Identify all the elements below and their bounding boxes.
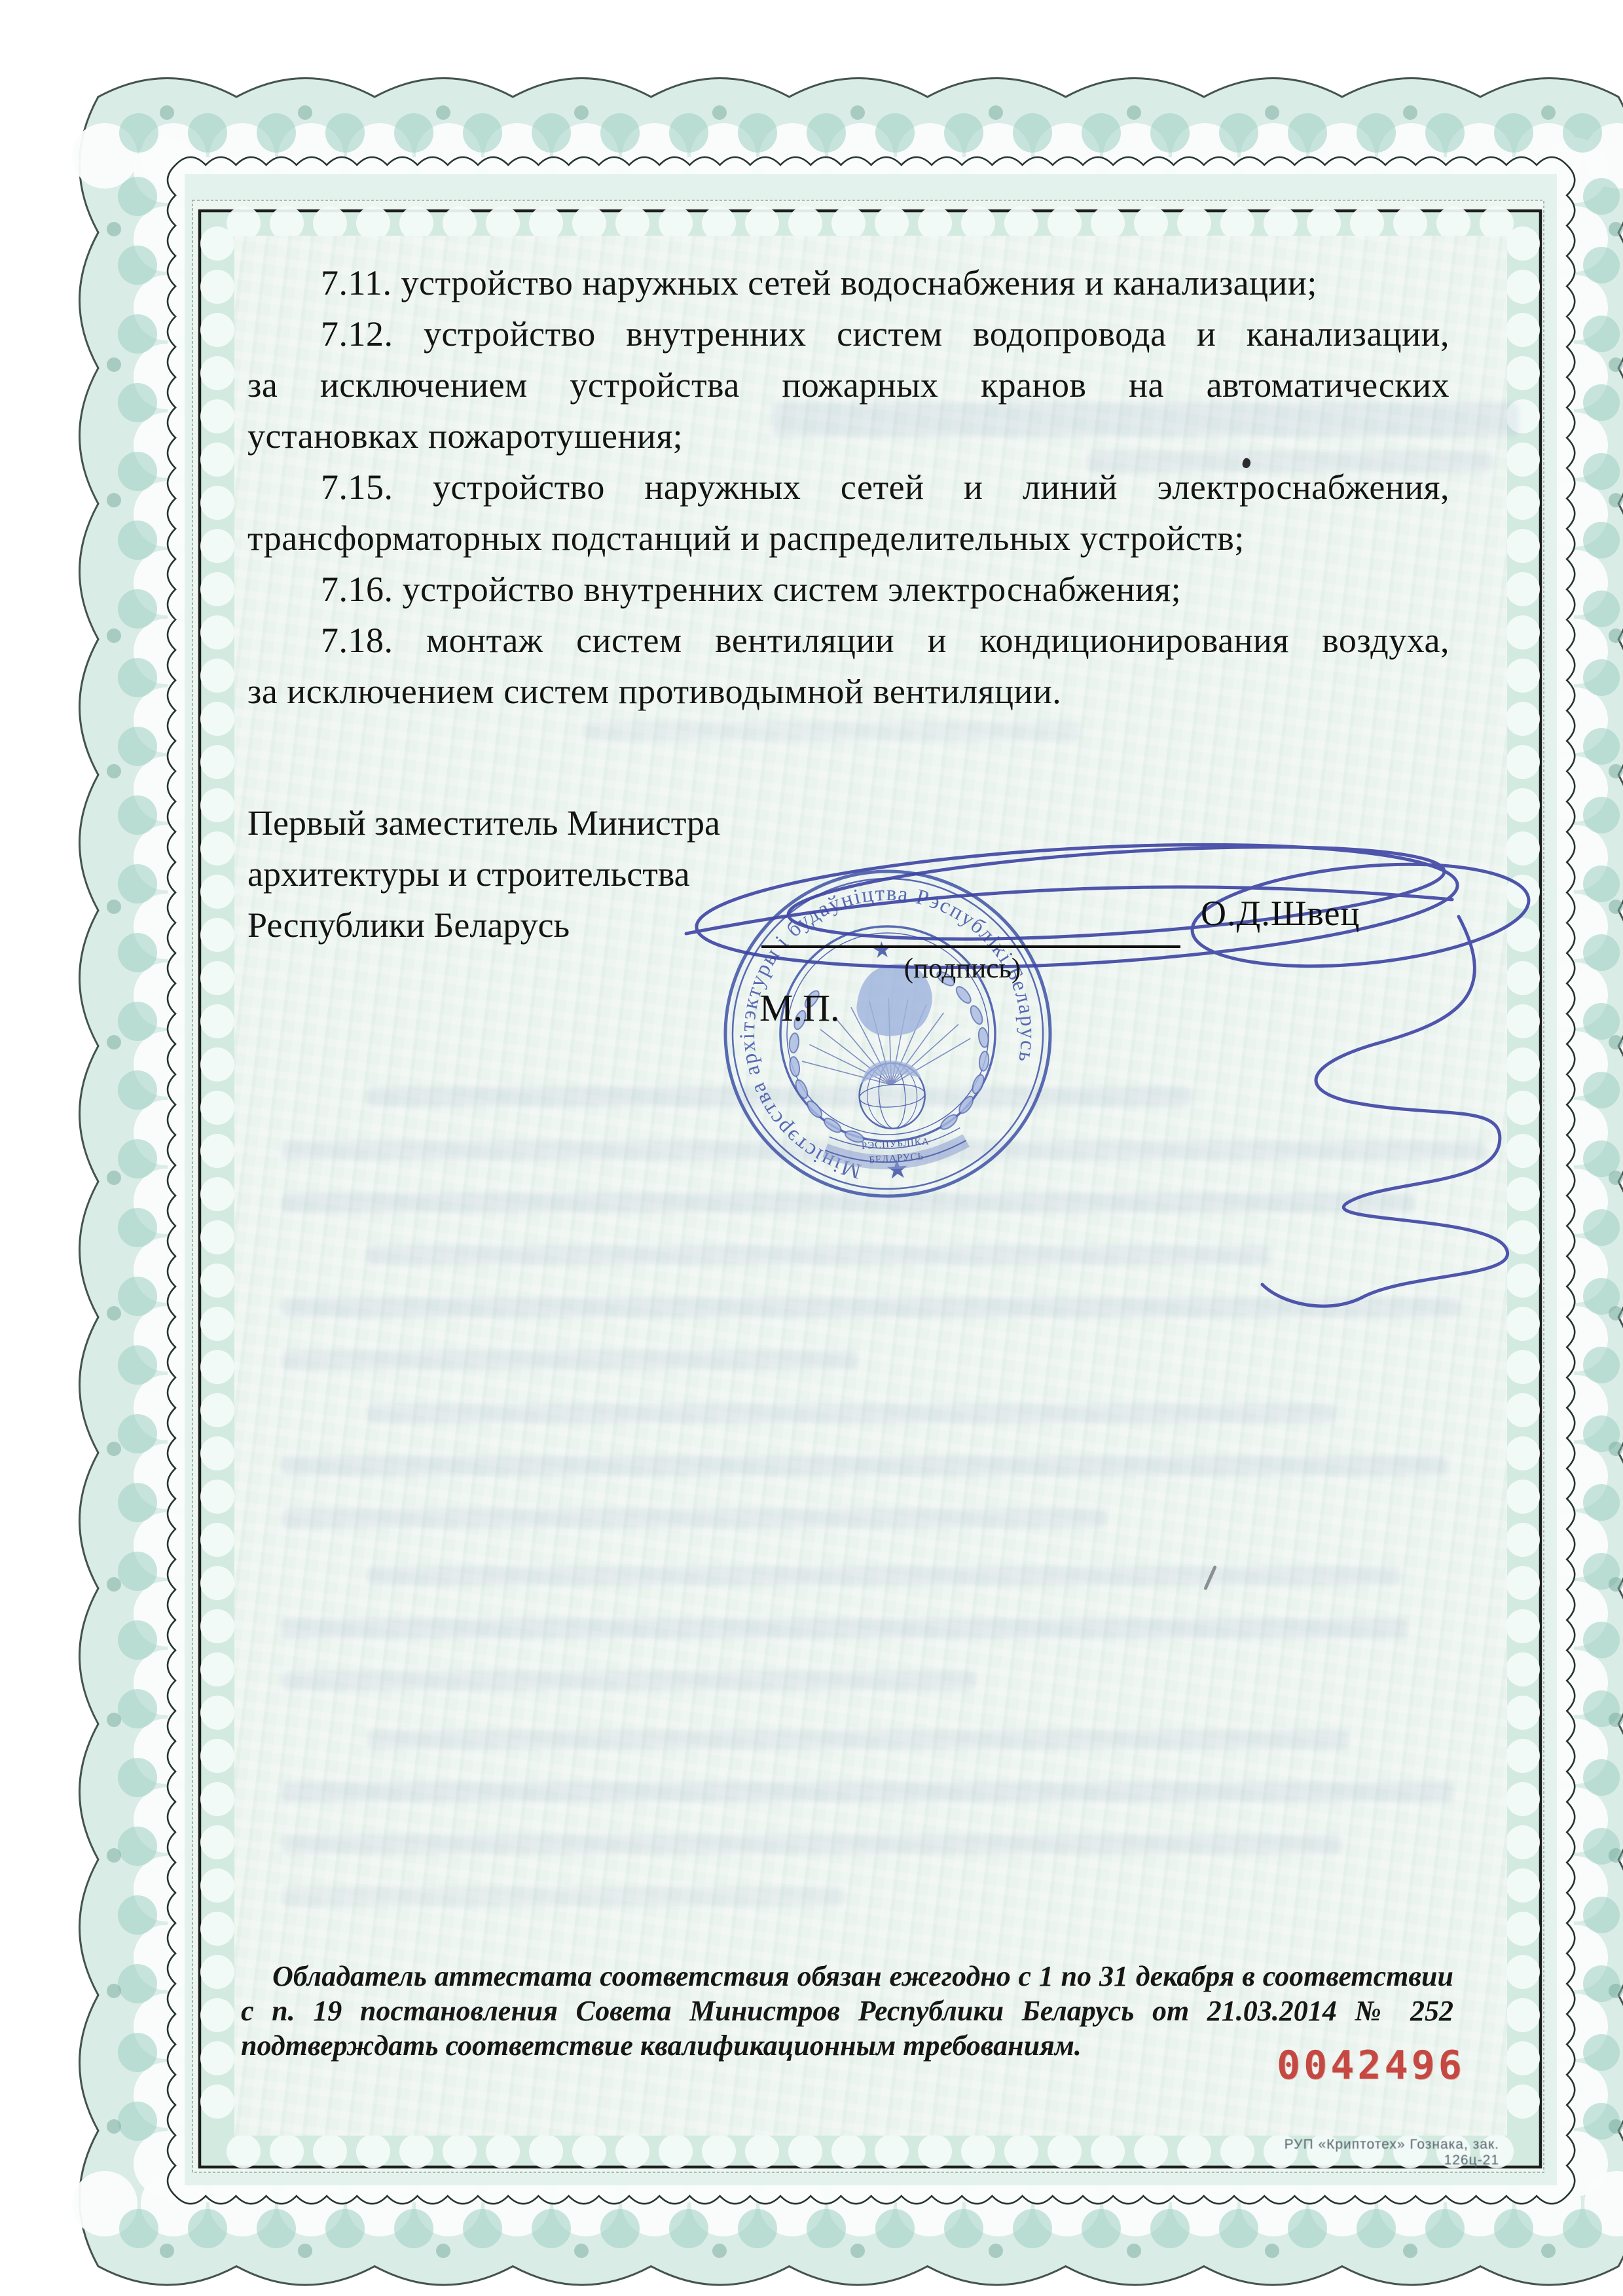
ghost-text-line <box>282 1618 1408 1638</box>
ghost-text-line <box>367 1245 1270 1265</box>
signatory-title: Первый заместитель Министраархитектуры и… <box>247 797 889 951</box>
ghost-text-line <box>282 1140 1486 1160</box>
text-line: архитектуры и строительства <box>247 848 889 900</box>
signature-caption: (подпись) <box>845 953 1080 985</box>
signatory-name: О.Д.Швец <box>1201 893 1360 934</box>
ghost-text-line <box>282 1887 845 1906</box>
text-line: с п. 19 постановления Совета Министров Р… <box>241 1994 1453 2028</box>
ghost-text-line <box>367 1730 1349 1749</box>
ghost-text-line <box>282 1782 1453 1802</box>
ghost-text-line <box>282 1671 976 1690</box>
certificate-page: 7.11. устройство наружных сетей водоснаб… <box>0 0 1623 2296</box>
seal-place-label: М.П. <box>759 986 839 1030</box>
ghost-text-line <box>367 1566 1401 1586</box>
text-line: 7.15. устройство наружных сетей и линий … <box>247 462 1450 513</box>
text-line: Республики Беларусь <box>247 900 889 951</box>
footnote: Обладатель аттестата соответствия обязан… <box>241 1959 1453 2063</box>
signature-line <box>761 945 1180 948</box>
text-line: за исключением систем противодымной вент… <box>247 666 1450 717</box>
ghost-text-line <box>367 1087 1192 1106</box>
serial-number: 0042496 <box>1277 2043 1465 2088</box>
text-line: 7.12. устройство внутренних систем водоп… <box>247 308 1450 359</box>
ghost-text-line <box>583 721 1080 741</box>
ghost-text-line <box>282 1456 1447 1476</box>
printer-mark: РУП «Криптотех» Гознака, зак. 126ц-21 <box>1237 2137 1499 2168</box>
ghost-text-line <box>282 1834 1342 1854</box>
text-line: за исключением устройства пожарных крано… <box>247 359 1450 410</box>
text-line: Первый заместитель Министра <box>247 797 889 848</box>
clause-list: 7.11. устройство наружных сетей водоснаб… <box>247 257 1450 717</box>
text-line: 7.16. устройство внутренних систем элект… <box>247 564 1450 615</box>
text-line: трансформаторных подстанций и распредели… <box>247 513 1450 564</box>
text-line: 7.18. монтаж систем вентиляции и кондици… <box>247 615 1450 666</box>
text-line: 7.11. устройство наружных сетей водоснаб… <box>247 257 1450 308</box>
ghost-text-line <box>282 1298 1460 1317</box>
ghost-text-line <box>367 1404 1336 1423</box>
ghost-text-line <box>282 1350 858 1370</box>
ghost-text-line <box>282 1193 1414 1212</box>
text-line: Обладатель аттестата соответствия обязан… <box>241 1959 1453 1994</box>
text-line: подтверждать соответствие квалификационн… <box>241 2028 1453 2063</box>
text-line: установках пожаротушения; <box>247 410 1450 462</box>
ghost-text-line <box>282 1508 1106 1528</box>
